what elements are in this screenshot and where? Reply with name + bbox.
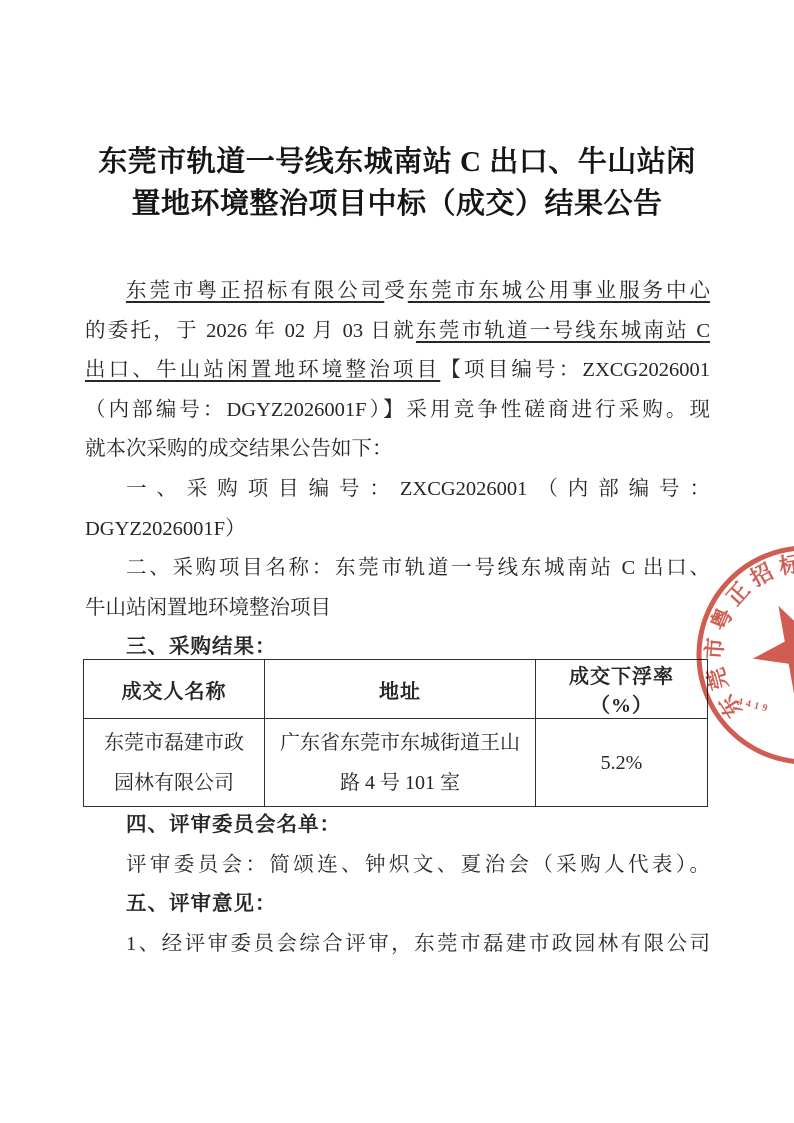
- seal-char: 东: [714, 690, 747, 722]
- item-1-line-2: DGYZ2026001F）: [85, 510, 710, 550]
- review-committee-list: 评审委员会：简颂连、钟炽文、夏治会（采购人代表）。: [85, 846, 710, 886]
- seal-arc-text: 东 莞 市 粤 正 招 标 有 限 公 司: [701, 550, 794, 722]
- purchaser-name: 东莞市东城公用事业服务中心: [408, 280, 710, 302]
- address-column-header: 地址: [265, 660, 536, 719]
- seal-code: 4419: [736, 696, 772, 715]
- seal-char: 粤: [706, 604, 738, 634]
- result-table: 成交人名称 地址 成交下浮率（%） 东莞市磊建市政园林有限公司 广东省东莞市东城…: [83, 659, 708, 807]
- review-opinion-line-1: 1、经评审委员会综合评审，东莞市磊建市政园林有限公司: [85, 925, 710, 965]
- seal-star-icon: [744, 596, 794, 705]
- announcement-body: 东莞市粤正招标有限公司受东莞市东城公用事业服务中心 的委托，于 2026 年 0…: [85, 272, 710, 668]
- project-name-part-1: 东莞市轨道一号线东城南站 C: [416, 320, 710, 342]
- winner-name-cell: 东莞市磊建市政园林有限公司: [84, 719, 265, 807]
- intro-date-text: 的委托，于 2026 年 02 月 03 日就: [85, 320, 416, 342]
- table-header-row: 成交人名称 地址 成交下浮率（%）: [84, 660, 708, 719]
- item-5-heading: 五、评审意见：: [85, 885, 710, 925]
- intro-connector: 受: [384, 280, 407, 302]
- winner-column-header: 成交人名称: [84, 660, 265, 719]
- winner-address-cell: 广东省东莞市东城街道王山路 4 号 101 室: [265, 719, 536, 807]
- review-section: 四、评审委员会名单： 评审委员会：简颂连、钟炽文、夏治会（采购人代表）。 五、评…: [85, 806, 710, 964]
- intro-line-5: 就本次采购的成交结果公告如下：: [85, 430, 710, 470]
- title-line-2: 置地环境整治项目中标（成交）结果公告: [0, 183, 794, 225]
- item-4-heading: 四、评审委员会名单：: [85, 806, 710, 846]
- intro-line-3: 出口、牛山站闲置地环境整治项目【项目编号：ZXCG2026001: [85, 351, 710, 391]
- discount-rate-cell: 5.2%: [536, 719, 708, 807]
- item-1-line-1: 一、采购项目编号：ZXCG2026001（内部编号：: [85, 470, 710, 510]
- intro-line-2: 的委托，于 2026 年 02 月 03 日就东莞市轨道一号线东城南站 C: [85, 312, 710, 352]
- intro-line-4: （内部编号：DGYZ2026001F）】采用竞争性磋商进行采购。现: [85, 391, 710, 431]
- item-2-line-2: 牛山站闲置地环境整治项目: [85, 589, 710, 629]
- document-page: 东莞市轨道一号线东城南站 C 出口、牛山站闲 置地环境整治项目中标（成交）结果公…: [0, 0, 794, 1123]
- intro-line-1: 东莞市粤正招标有限公司受东莞市东城公用事业服务中心: [85, 272, 710, 312]
- seal-char: 招: [746, 559, 777, 592]
- rate-column-header: 成交下浮率（%）: [536, 660, 708, 719]
- seal-circle: [699, 548, 794, 762]
- table-row: 东莞市磊建市政园林有限公司 广东省东莞市东城街道王山路 4 号 101 室 5.…: [84, 719, 708, 807]
- seal-char: 正: [721, 577, 754, 610]
- tender-agency-name: 东莞市粤正招标有限公司: [126, 280, 384, 302]
- seal-char: 标: [776, 550, 794, 579]
- project-name-part-2: 出口、牛山站闲置地环境整治项目: [85, 359, 440, 381]
- page-title: 东莞市轨道一号线东城南站 C 出口、牛山站闲 置地环境整治项目中标（成交）结果公…: [0, 141, 794, 225]
- item-2-line-1: 二、采购项目名称：东莞市轨道一号线东城南站 C 出口、: [85, 549, 710, 589]
- title-line-1: 东莞市轨道一号线东城南站 C 出口、牛山站闲: [0, 141, 794, 183]
- project-number-text: 【项目编号：ZXCG2026001: [440, 359, 710, 381]
